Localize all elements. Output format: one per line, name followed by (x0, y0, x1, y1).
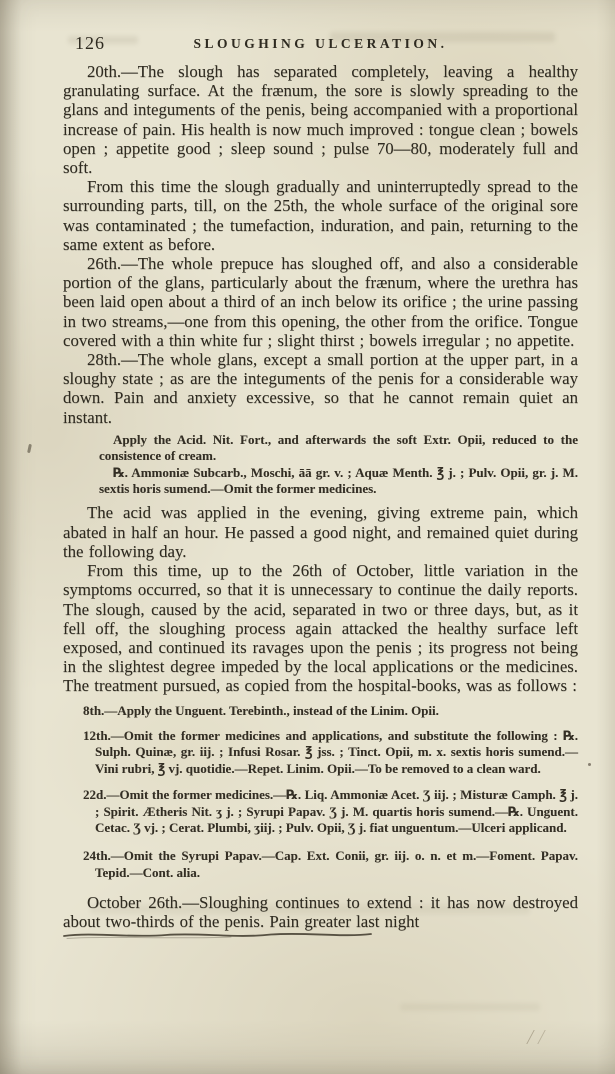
hospital-book-entry-24th: 24th.—Omit the Syrupi Papav.—Cap. Ext. C… (95, 848, 578, 881)
ink-speck (588, 763, 591, 766)
paragraph-acid-applied: The acid was applied in the evening, giv… (63, 503, 578, 561)
paragraph-entry-28th: 28th.—The whole glans, except a small po… (63, 350, 578, 427)
prescription-direction: Apply the Acid. Nit. Fort., and afterwar… (99, 432, 578, 465)
handwritten-underline (61, 928, 375, 942)
paragraph-october-26th: October 26th.—Sloughing continues to ext… (63, 893, 578, 931)
paragraph-entry-20th: 20th.—The slough has separated completel… (63, 62, 578, 177)
pencil-mark (526, 1030, 545, 1044)
paragraph-october-26th-text: October 26th.—Sloughing continues to ext… (63, 893, 578, 931)
page-number: 126 (75, 33, 105, 54)
ink-speck (27, 444, 32, 453)
prescription-block: Apply the Acid. Nit. Fort., and afterwar… (63, 432, 578, 498)
hospital-book-entry-8th: 8th.—Apply the Unguent. Terebinth., inst… (95, 703, 578, 719)
page-header: 126 SLOUGHING ULCERATION. (63, 33, 578, 53)
page-text-column: 20th.—The slough has separated completel… (63, 62, 578, 932)
hospital-book-entry-22d: 22d.—Omit the former medicines.—℞. Liq. … (95, 787, 578, 836)
book-page-scan: 126 SLOUGHING ULCERATION. 20th.—The slou… (0, 0, 615, 1074)
paragraph-entry-26th: 26th.—The whole prepuce has sloughed off… (63, 254, 578, 350)
running-title: SLOUGHING ULCERATION. (63, 33, 578, 52)
hospital-book-entry-12th: 12th.—Omit the former medicines and appl… (95, 728, 578, 777)
paragraph-slough-spread: From this time the slough gradually and … (63, 177, 578, 254)
paragraph-treatment-summary: From this time, up to the 26th of Octobe… (63, 561, 578, 695)
prescription-formula: ℞. Ammoniæ Subcarb., Moschi, āā gr. v. ;… (99, 465, 578, 498)
bleedthrough-artifact (400, 1003, 540, 1011)
